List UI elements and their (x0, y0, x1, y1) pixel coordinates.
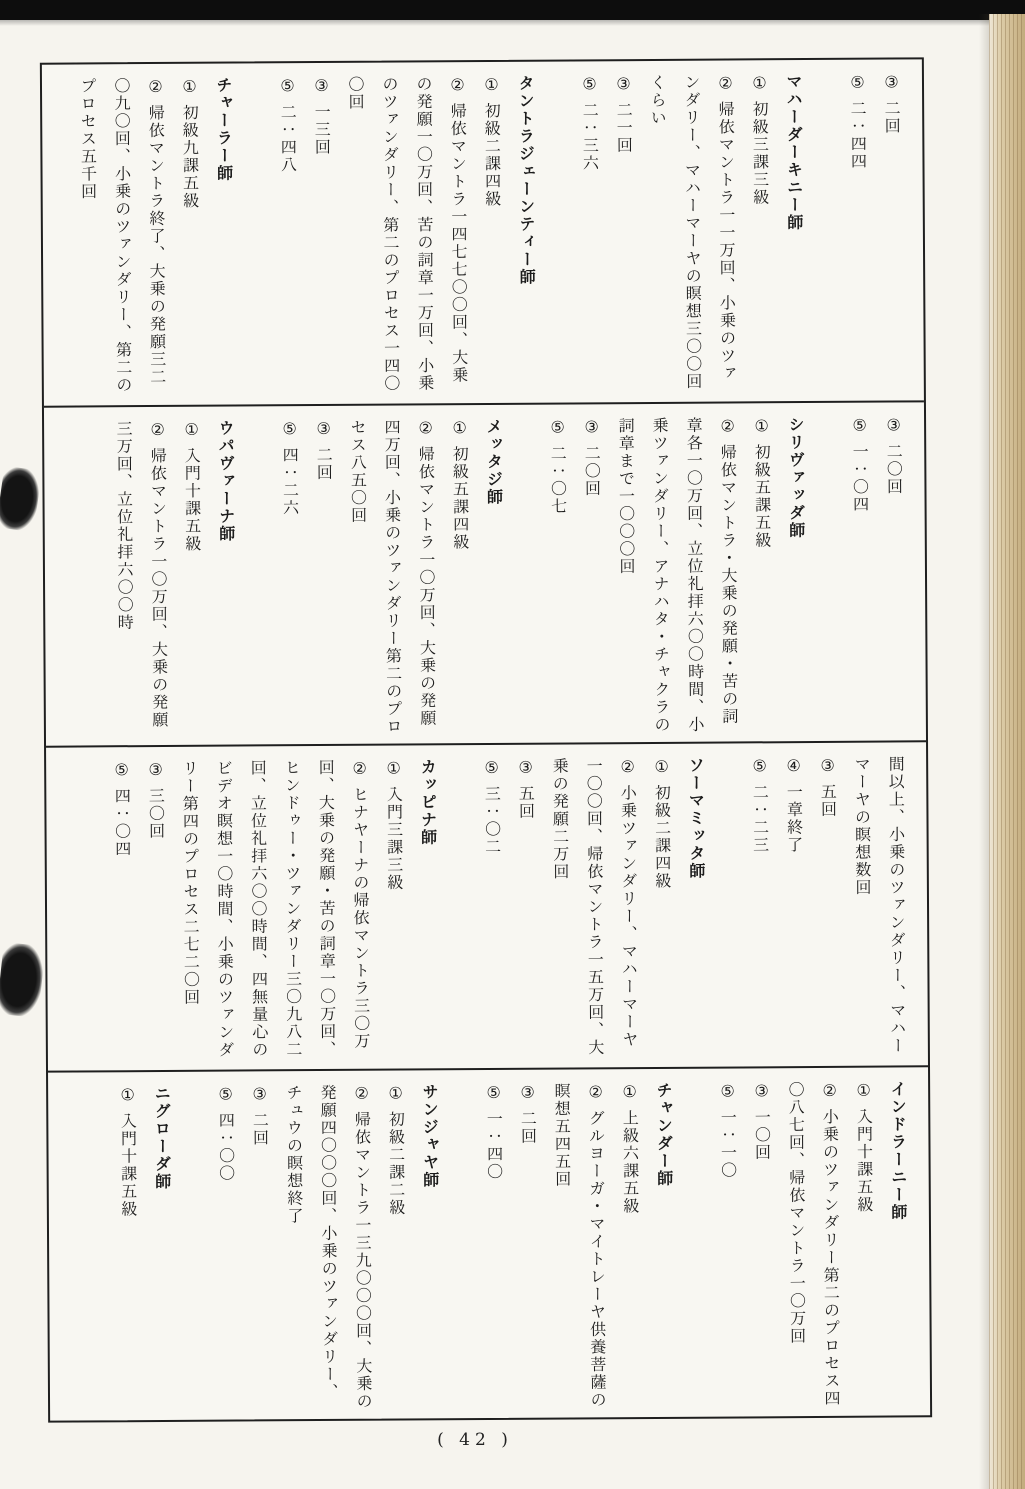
book-pages-fore-edge (989, 14, 1025, 1489)
record-line: ⑤ 二：〇七 (540, 417, 576, 736)
record-line: ② 帰依マントラ一三九〇〇〇回、大乗の発願四〇〇〇回、小乗のツァンダリー、チュウ… (276, 1084, 380, 1414)
record-line: ② ヒナヤーナの帰依マントラ三〇万回、大乗の発願・苦の詞章一〇万回、ヒンドゥー・… (172, 759, 378, 1064)
record-line: ⑤ 二：三六 (572, 74, 608, 396)
record-line: ② グルヨーガ・マイトレーヤ供養菩薩の瞑想五四五回 (544, 1082, 614, 1411)
record-line: ③ 五回 (508, 758, 544, 1062)
record-line: ⑤ 一：四〇 (476, 1083, 512, 1412)
page-number: ( 42 ) (0, 1430, 950, 1450)
record-line: ③ 三〇回 (138, 760, 174, 1064)
master-name-heading: サンジャヤ師 (412, 1083, 448, 1412)
record-line: ② 小乗ツァンダリー、マハーマーヤ一〇〇回、帰依マントラ一五万回、大乗の発願二万… (542, 757, 646, 1062)
record-line: ③ 二回 (242, 1084, 278, 1413)
record-line: ⑤ 四：〇〇 (208, 1084, 244, 1413)
master-name-heading: チャーラー師 (206, 76, 242, 398)
master-name-heading: シリヴァッダ師 (778, 416, 814, 735)
record-line: ① 初級二課四級 (474, 75, 510, 397)
record-line: ⑤ 二：四四 (840, 73, 876, 395)
book-edge-shadow (979, 14, 989, 1489)
record-line: ① 初級五課五級 (744, 416, 780, 735)
record-line: ③ 二〇回 (574, 417, 610, 736)
binder-hole (0, 466, 42, 533)
record-line: 間以上、小乗のツァンダリー、マハーマーヤの瞑想数回 (844, 755, 914, 1059)
record-line: ⑤ 四：〇四 (104, 760, 140, 1064)
record-line: ③ 一三回 (304, 76, 340, 398)
record-line: ① 上級六課五級 (612, 1082, 648, 1411)
record-line: ② 小乗のツァンダリー第二のプロセス四〇八七回、帰依マントラ一〇万回 (778, 1081, 848, 1410)
record-line: ② 帰依マントラ一〇万回、大乗の発願三万回、立位礼拝六〇〇時 (106, 420, 176, 739)
record-line: ③ 五回 (810, 756, 846, 1060)
record-line: ② 帰依マントラ一一万回、小乗のツァンダリー、マハーマーヤの瞑想三〇〇回くらい (640, 73, 744, 396)
record-line: ② 帰依マントラ一〇万回、大乗の発願四万回、小乗のツァンダリー第二のプロセス八五… (340, 418, 444, 738)
record-line: ② 帰依マントラ・大乗の発願・苦の詞章各一〇万回、立位礼拝六〇〇時間、小乗ツァン… (608, 416, 746, 736)
master-name-heading: ニグローダ師 (144, 1085, 180, 1414)
master-name-heading: カッピナ師 (410, 758, 446, 1062)
scan-top-edge (0, 0, 1025, 20)
record-line: ③ 一〇回 (744, 1081, 780, 1410)
record-line: ① 入門十課五級 (174, 420, 210, 739)
master-name-heading: メッタジ師 (476, 418, 512, 737)
record-band-4: インドラーニー師① 入門十課五級② 小乗のツァンダリー第二のプロセス四〇八七回、… (48, 1067, 930, 1420)
master-name-heading: ソーマミッタ師 (678, 757, 714, 1061)
record-line: ① 初級二課二級 (378, 1083, 414, 1412)
record-line: ② 帰依マントラ一四七七〇〇回、大乗の発願一〇万回、苦の詞章一万回、小乗のツァン… (338, 75, 476, 398)
record-band-2: ③ 二〇回⑤ 一：〇四シリヴァッダ師① 初級五課五級② 帰依マントラ・大乗の発願… (44, 402, 926, 747)
record-line: ① 初級三課三級 (742, 73, 778, 395)
record-line: ⑤ 一：〇四 (842, 416, 878, 735)
binder-hole (0, 942, 46, 1018)
record-line: ⑤ 二：二三 (742, 756, 778, 1060)
record-line: ② 帰依マントラ終了、大乗の発願三二〇九〇回、小乗のツァンダリー、第二のプロセス… (70, 77, 174, 400)
record-line: ⑤ 二：四八 (270, 76, 306, 398)
record-band-1: ③ 二回⑤ 二：四四マハーダーキニー師① 初級三課三級② 帰依マントラ一一万回、… (42, 59, 924, 407)
record-line: ① 入門十課五級 (110, 1085, 146, 1414)
record-line: ① 入門三課三級 (376, 758, 412, 1062)
record-line: ③ 二一回 (606, 74, 642, 396)
record-line: ① 初級五課四級 (442, 418, 478, 737)
record-line: ③ 二回 (874, 72, 910, 394)
records-table: ③ 二回⑤ 二：四四マハーダーキニー師① 初級三課三級② 帰依マントラ一一万回、… (40, 57, 932, 1422)
record-line: ③ 二回 (306, 419, 342, 738)
record-line: ③ 二〇回 (876, 415, 912, 734)
record-line: ① 入門十課五級 (846, 1081, 882, 1410)
record-line: ⑤ 四：二六 (272, 419, 308, 738)
master-name-heading: インドラーニー師 (880, 1080, 916, 1409)
record-line: ④ 一章終了 (776, 756, 812, 1060)
master-name-heading: マハーダーキニー師 (776, 73, 812, 395)
master-name-heading: タントラジェーンティー師 (508, 75, 544, 397)
master-name-heading: ウパヴァーナ師 (208, 419, 244, 738)
scan-top-edge-shadow (0, 20, 1025, 26)
record-line: ③ 二回 (510, 1083, 546, 1412)
record-band-3: 間以上、小乗のツァンダリー、マハーマーヤの瞑想数回③ 五回④ 一章終了⑤ 二：二… (46, 742, 928, 1072)
master-name-heading: チャンダー師 (646, 1082, 682, 1411)
record-line: ⑤ 三：〇二 (474, 758, 510, 1062)
record-line: ⑤ 一：一〇 (710, 1081, 746, 1410)
record-line: ① 初級二課四級 (644, 757, 680, 1061)
record-line: ① 初級九課五級 (172, 77, 208, 399)
